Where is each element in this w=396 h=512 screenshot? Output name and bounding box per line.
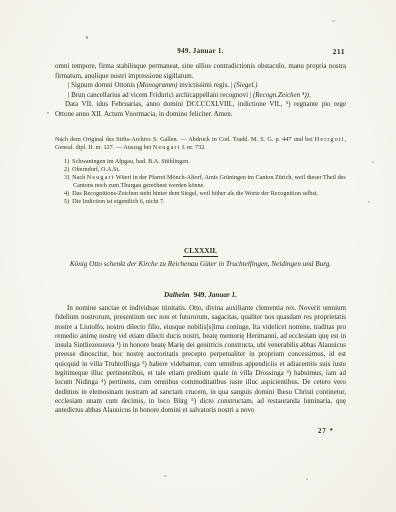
dateline-year: 949. <box>194 291 207 299</box>
charter-number: CLXXXII. <box>55 247 346 255</box>
scanned-book-page: 949. Januar 1. 211 omni tempore, firma s… <box>0 0 396 512</box>
signum-text-2: invictissimi regis. | <box>178 81 234 89</box>
footnote-4: 4)Das Recognitions-Zeichen steht hinter … <box>55 190 346 198</box>
footnote-text: Das Recognitions-Zeichen steht hinter de… <box>72 190 318 197</box>
running-title: 949. Januar 1. <box>177 47 223 55</box>
scan-speck <box>368 201 370 203</box>
recognition-sign-note: (Recogn.Zeichen ⁴)) <box>253 91 309 99</box>
charter-dateline: Dalheim949.Januar 1. <box>55 291 346 299</box>
scan-speck <box>372 161 374 163</box>
footnote-text: Oberndorf, O.A.St. <box>72 166 120 173</box>
charter-body-text: In nomine sanctae et individuae trinitat… <box>55 304 346 416</box>
footnote-number: 1) <box>64 158 72 165</box>
monogram-note: (Monogramm) <box>137 81 178 89</box>
source-author-herrgott: Herrgott <box>315 136 345 143</box>
charter-number-text: CLXXXII. <box>183 247 218 257</box>
scan-speck <box>332 20 335 22</box>
footnote-number: 5) <box>64 198 72 205</box>
footnote-block: 1)Schwaningen im Alpgau, bad. B.A. Stühl… <box>55 158 346 205</box>
running-head: 949. Januar 1. 211 <box>55 47 346 58</box>
seal-note: (Siegel.) <box>234 81 258 89</box>
scan-speck <box>47 112 49 114</box>
recognition-line: | Brun cancellarius ad vicem Fridurici a… <box>55 91 346 101</box>
sheet-signature-mark: 27 * <box>318 428 334 435</box>
dateline-day: Januar 1. <box>206 291 237 299</box>
footnote-text: Die Indiction ist eigentlich 6, nicht 7. <box>72 198 164 205</box>
footnote-text: Schwaningen im Alpgau, bad. B.A. Stühlin… <box>72 158 190 165</box>
signum-line: | Signum domni Ottonis (Monogramm) invic… <box>55 81 346 91</box>
footnote-2: 2)Oberndorf, O.A.St. <box>55 166 346 174</box>
datum-line: Data VII. idus Februarias, anno domini D… <box>55 100 346 119</box>
recognition-text-2: . <box>309 91 311 99</box>
previous-charter-end: omni tempore, firma stabilisque permanea… <box>55 62 346 120</box>
footnote-1: 1)Schwaningen im Alpgau, bad. B.A. Stühl… <box>55 158 346 166</box>
signum-text: | Signum domni Ottonis <box>68 81 137 89</box>
charter-title: König Otto schenkt der Kirche zu Reichen… <box>55 260 346 270</box>
source-note: Nach dem Original des Stifts-Archivs S. … <box>55 136 346 152</box>
footnote-number: 2) <box>64 166 72 173</box>
footnote-5: 5)Die Indiction ist eigentlich 6, nicht … <box>55 198 346 206</box>
scan-speck <box>86 36 88 39</box>
scan-speck <box>164 475 167 477</box>
source-note-text-3: I. nr. 732. <box>180 144 205 151</box>
page-number: 211 <box>333 47 345 56</box>
charter-title-text: König Otto schenkt der Kirche zu Reichen… <box>62 260 340 270</box>
footnote-author: Neugart <box>87 174 115 181</box>
footnote-text: Wüeri in der Pfarrei Mönch-Altorf, Amts … <box>73 174 346 189</box>
footnote-3: 3)Nach Neugart Wüeri in der Pfarrei Mönc… <box>55 174 346 190</box>
footnote-number: 3) <box>64 174 72 181</box>
scan-speck <box>306 478 308 480</box>
footnote-number: 4) <box>64 190 72 197</box>
source-note-text: Nach dem Original des Stifts-Archivs S. … <box>55 136 315 143</box>
charter-closing-text: omni tempore, firma stabilisque permanea… <box>55 62 346 81</box>
footnote-pre: Nach <box>72 174 87 181</box>
dateline-place: Dalheim <box>164 291 194 299</box>
recognition-text: | Brun cancellarius ad vicem Fridurici a… <box>68 91 253 99</box>
source-author-neugart: Neugart <box>153 144 181 151</box>
